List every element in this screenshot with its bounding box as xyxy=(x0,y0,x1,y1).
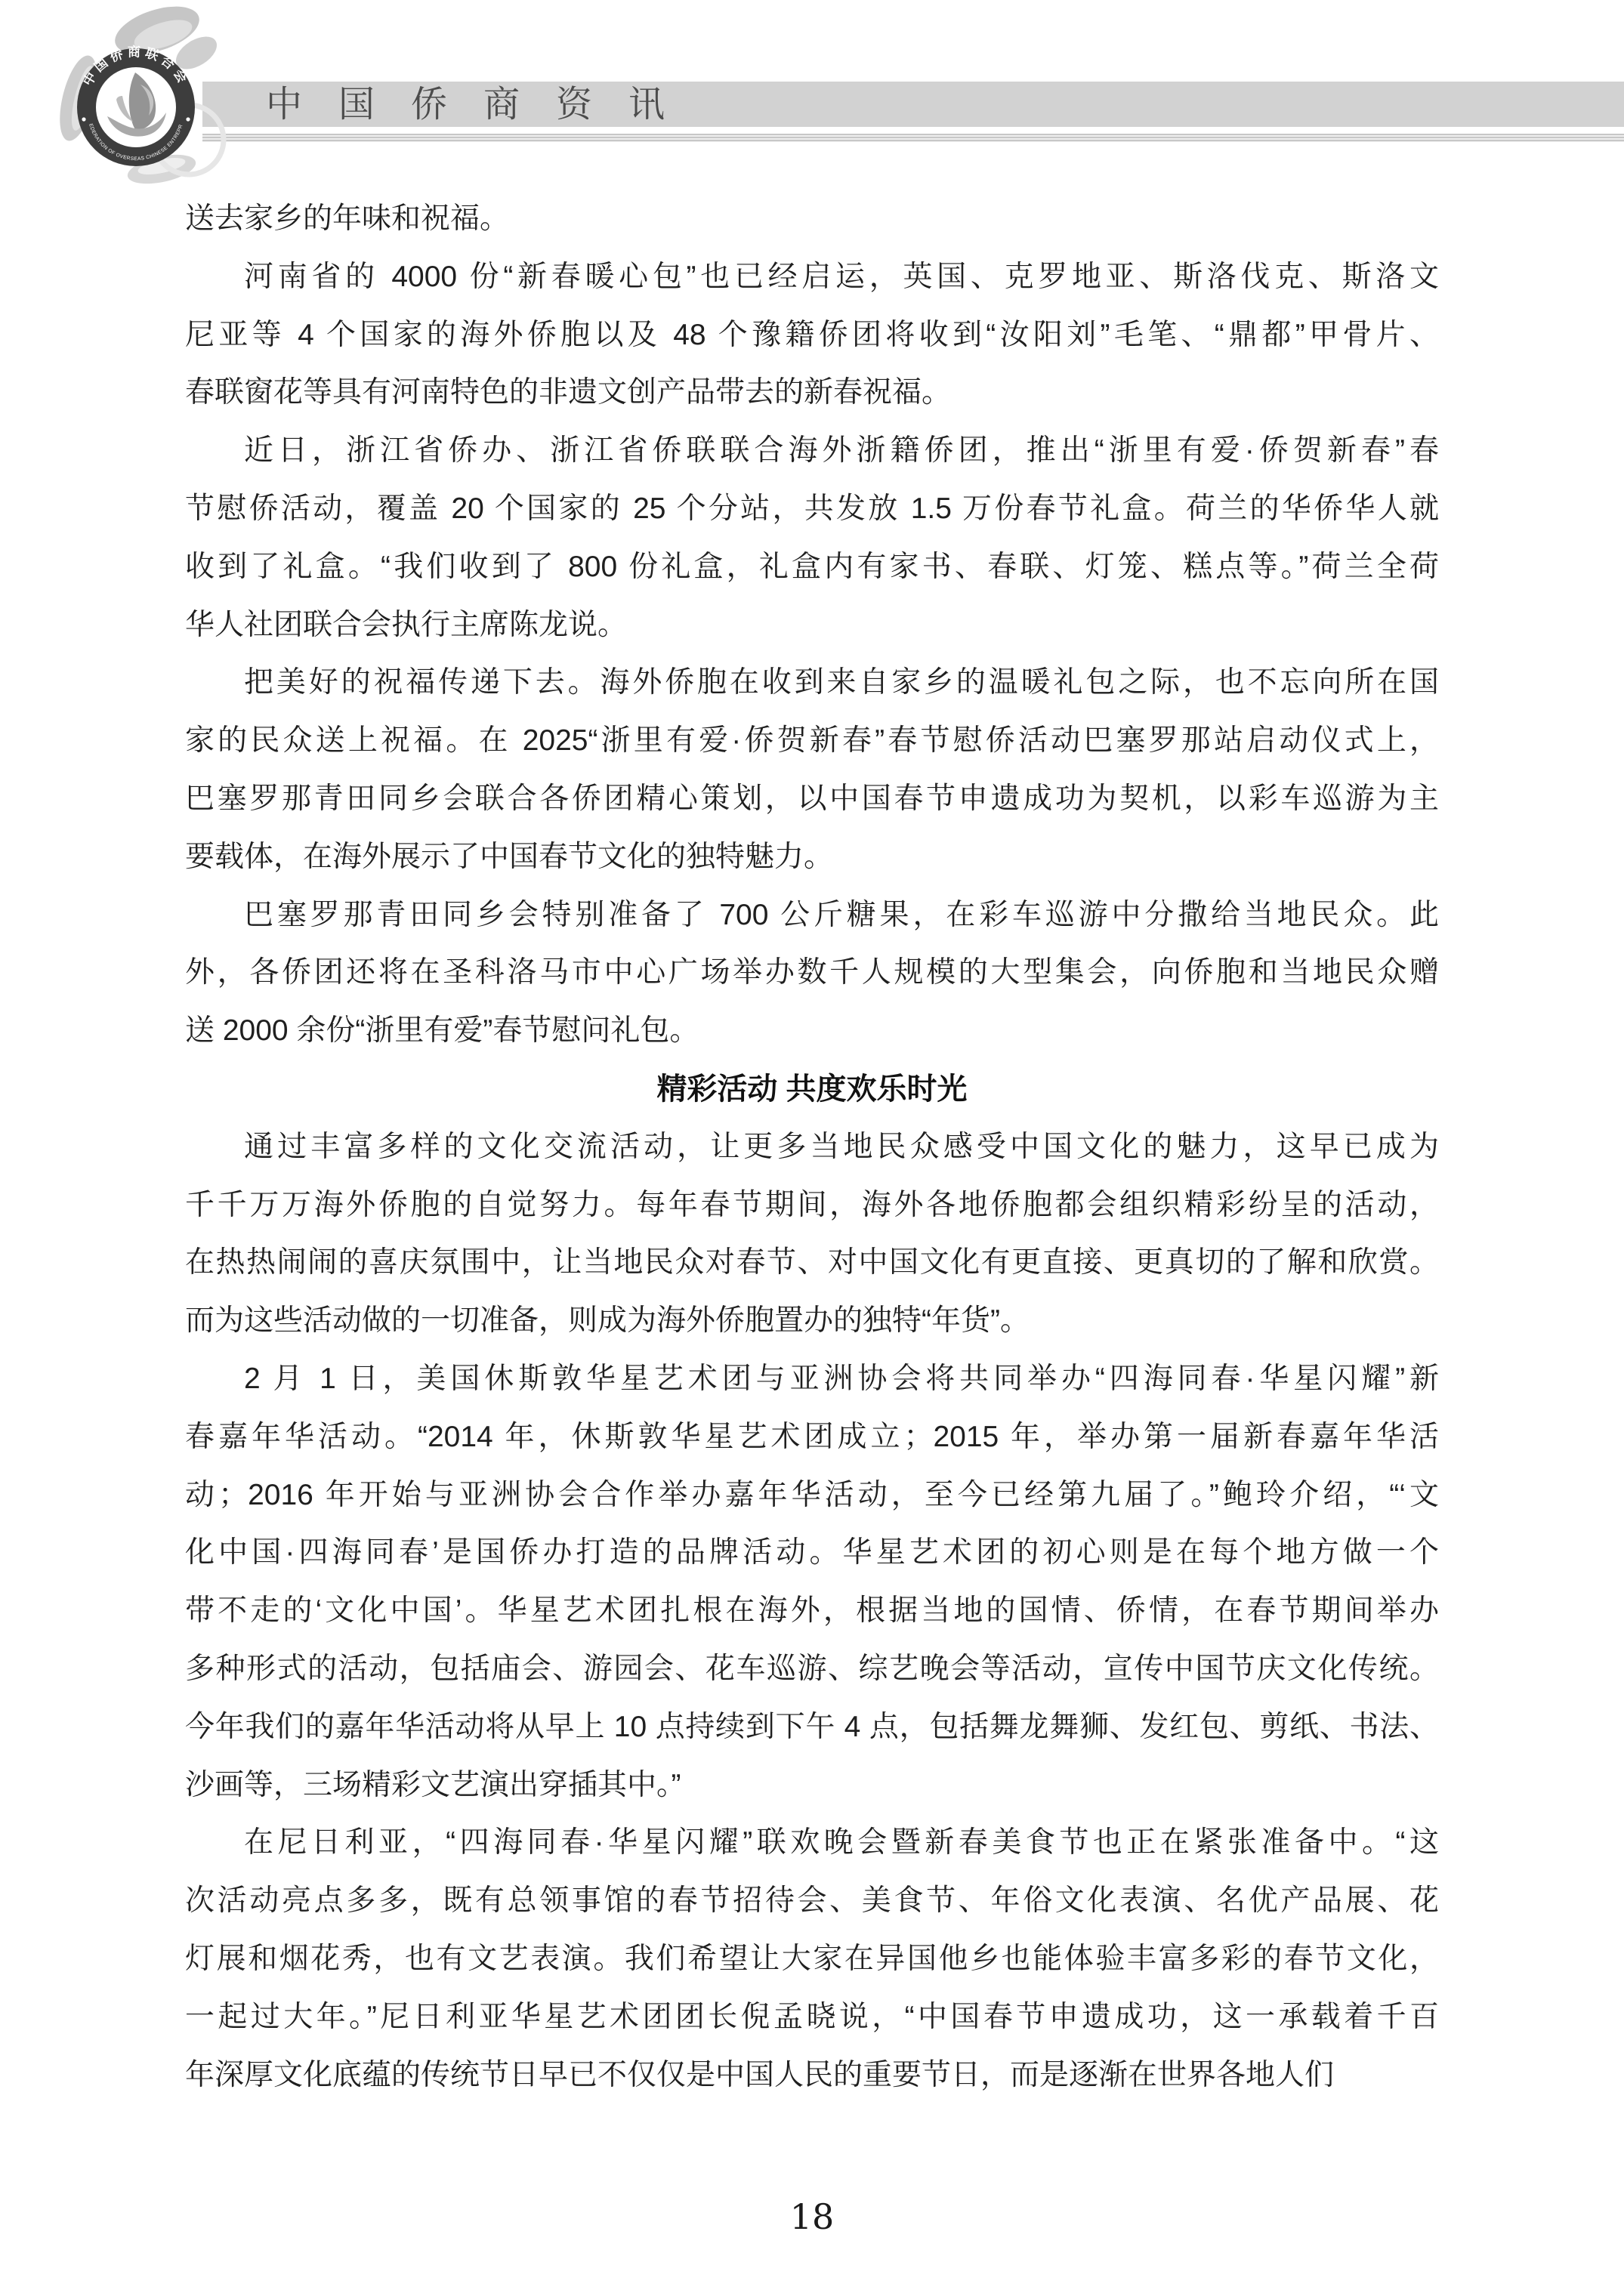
body-line: 送 2000 余份“浙里有爱”春节慰问礼包。 xyxy=(185,1002,1439,1060)
article-body: 送去家乡的年味和祝福。河南省的 4000 份“新春暖心包”也已经启运，英国、克罗… xyxy=(185,190,1439,2104)
body-line: 春嘉年华活动。“2014 年，休斯敦华星艺术团成立；2015 年，举办第一届新春… xyxy=(185,1409,1439,1467)
body-line: 巴塞罗那青田同乡会特别准备了 700 公斤糖果，在彩车巡游中分撒给当地民众。此 xyxy=(185,887,1439,945)
body-line: 化中国·四海同春’是国侨办打造的品牌活动。华星艺术团的初心则是在每个地方做一个 xyxy=(185,1524,1439,1582)
body-line: 近日，浙江省侨办、浙江省侨联联合海外浙籍侨团，推出“浙里有爱·侨贺新春”春 xyxy=(185,422,1439,480)
body-line: 千千万万海外侨胞的自觉努力。每年春节期间，海外各地侨胞都会组织精彩纷呈的活动， xyxy=(185,1177,1439,1235)
body-line: 河南省的 4000 份“新春暖心包”也已经启运，英国、克罗地亚、斯洛伐克、斯洛文 xyxy=(185,248,1439,307)
header-stripes xyxy=(202,134,1624,142)
body-line: 外，各侨团还将在圣科洛马市中心广场举办数千人规模的大型集会，向侨胞和当地民众赠 xyxy=(185,944,1439,1002)
body-line: 多种形式的活动，包括庙会、游园会、花车巡游、综艺晚会等活动，宣传中国节庆文化传统… xyxy=(185,1640,1439,1699)
header-title: 中国侨商资讯 xyxy=(266,86,701,122)
body-line: 华人社团联合会执行主席陈龙说。 xyxy=(185,597,1439,655)
body-line: 送去家乡的年味和祝福。 xyxy=(185,190,1439,248)
section-heading: 精彩活动 共度欢乐时光 xyxy=(185,1060,1439,1119)
body-line: 尼亚等 4 个国家的海外侨胞以及 48 个豫籍侨团将收到“汝阳刘”毛笔、“鼎都”… xyxy=(185,307,1439,365)
body-line: 在热热闹闹的喜庆氛围中，让当地民众对春节、对中国文化有更直接、更真切的了解和欣赏… xyxy=(185,1234,1439,1292)
body-line: 在尼日利亚，“四海同春·华星闪耀”联欢晚会暨新春美食节也正在紧张准备中。“这 xyxy=(185,1814,1439,1872)
body-line: 要载体，在海外展示了中国春节文化的独特魅力。 xyxy=(185,829,1439,887)
body-line: 次活动亮点多多，既有总领事馆的春节招待会、美食节、年俗文化表演、名优产品展、花 xyxy=(185,1872,1439,1930)
body-line: 通过丰富多样的文化交流活动，让更多当地民众感受中国文化的魅力，这早已成为 xyxy=(185,1119,1439,1177)
document-page: 中国侨商资讯 xyxy=(0,0,1624,2293)
body-line: 年深厚文化底蕴的传统节日早已不仅仅是中国人民的重要节日，而是逐渐在世界各地人们 xyxy=(185,2047,1439,2105)
body-line: 收到了礼盒。“我们收到了 800 份礼盒，礼盒内有家书、春联、灯笼、糕点等。”荷… xyxy=(185,539,1439,597)
body-line: 春联窗花等具有河南特色的非遗文创产品带去的新春祝福。 xyxy=(185,364,1439,422)
body-line: 而为这些活动做的一切准备，则成为海外侨胞置办的独特“年货”。 xyxy=(185,1292,1439,1350)
body-line: 灯展和烟花秀，也有文艺表演。我们希望让大家在异国他乡也能体验丰富多彩的春节文化， xyxy=(185,1930,1439,1989)
federation-logo-icon: 中国侨商联合会 CHINA FEDERATION OF OVERSEAS CHI… xyxy=(44,5,233,189)
body-line: 把美好的祝福传递下去。海外侨胞在收到来自家乡的温暖礼包之际，也不忘向所在国 xyxy=(185,654,1439,712)
body-line: 今年我们的嘉年华活动将从早上 10 点持续到下午 4 点，包括舞龙舞狮、发红包、… xyxy=(185,1699,1439,1757)
header-banner: 中国侨商资讯 xyxy=(202,82,1624,127)
body-line: 巴塞罗那青田同乡会联合各侨团精心策划，以中国春节申遗成功为契机，以彩车巡游为主 xyxy=(185,770,1439,829)
body-line: 动；2016 年开始与亚洲协会合作举办嘉年华活动，至今已经第九届了。”鲍玲介绍，… xyxy=(185,1467,1439,1525)
body-line: 一起过大年。”尼日利亚华星艺术团团长倪孟晓说，“中国春节申遗成功，这一承载着千百 xyxy=(185,1989,1439,2047)
body-line: 家的民众送上祝福。在 2025“浙里有爱·侨贺新春”春节慰侨活动巴塞罗那站启动仪… xyxy=(185,712,1439,770)
page-number: 18 xyxy=(0,2196,1624,2237)
body-line: 节慰侨活动，覆盖 20 个国家的 25 个分站，共发放 1.5 万份春节礼盒。荷… xyxy=(185,480,1439,539)
body-line: 带不走的‘文化中国’。华星艺术团扎根在海外，根据当地的国情、侨情，在春节期间举办 xyxy=(185,1582,1439,1640)
body-line: 2 月 1 日，美国休斯敦华星艺术团与亚洲协会将共同举办“四海同春·华星闪耀”新 xyxy=(185,1350,1439,1409)
body-line: 沙画等，三场精彩文艺演出穿插其中。” xyxy=(185,1757,1439,1815)
